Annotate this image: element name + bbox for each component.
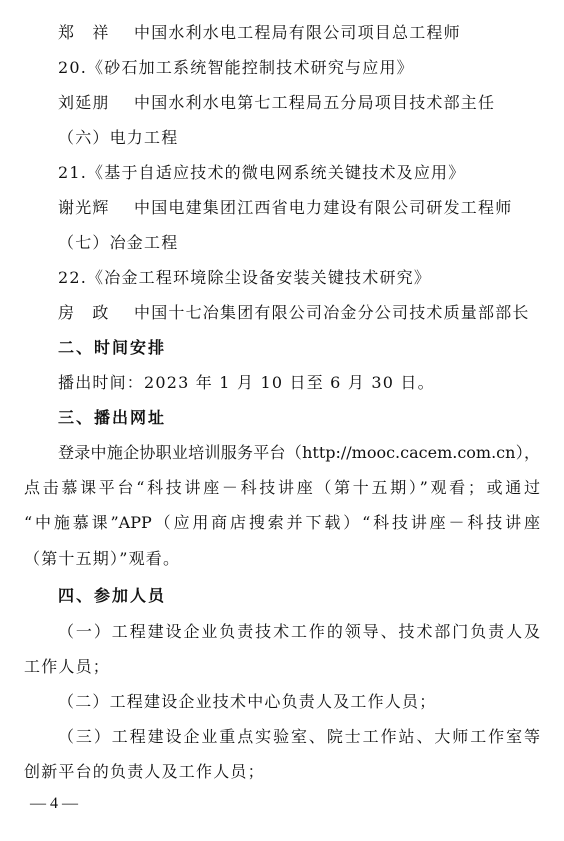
lecture-title: 20.《砂石加工系统智能控制技术研究与应用》 xyxy=(58,56,540,80)
person-line: 刘延朋中国水利水电第七工程局五分局项目技术部主任 xyxy=(58,91,540,115)
url-text-line: 登录中施企协职业培训服务平台（http://mooc.cacem.com.cn）… xyxy=(58,441,540,465)
participant-item: （三）工程建设企业重点实验室、院士工作站、大师工作室等 xyxy=(58,725,540,749)
person-title: 中国十七冶集团有限公司冶金分公司技术质量部部长 xyxy=(134,303,530,322)
person-name: 谢光辉 xyxy=(58,196,134,220)
lecture-title: 21.《基于自适应技术的微电网系统关键技术及应用》 xyxy=(58,161,540,185)
url-text-line: 点击慕课平台“科技讲座－科技讲座（第十五期）”观看；或通过 xyxy=(24,476,540,500)
participant-item-cont: 工作人员； xyxy=(24,655,540,679)
url-text-line: （第十五期）”观看。 xyxy=(24,547,540,571)
person-title: 中国水利水电第七工程局五分局项目技术部主任 xyxy=(134,93,495,112)
url-text-line: “中施慕课”APP（应用商店搜索并下载）“科技讲座－科技讲座 xyxy=(24,511,540,535)
person-name: 刘延朋 xyxy=(58,91,134,115)
page-number: — 4 — xyxy=(30,794,78,814)
participant-item: （二）工程建设企业技术中心负责人及工作人员； xyxy=(58,690,540,714)
participant-item: （一）工程建设企业负责技术工作的领导、技术部门负责人及 xyxy=(58,620,540,644)
person-line: 郑 祥中国水利水电工程局有限公司项目总工程师 xyxy=(58,21,540,45)
category-heading: （六）电力工程 xyxy=(58,126,540,150)
person-title: 中国电建集团江西省电力建设有限公司研发工程师 xyxy=(134,198,512,217)
person-title: 中国水利水电工程局有限公司项目总工程师 xyxy=(134,23,461,42)
lecture-title: 22.《冶金工程环境除尘设备安装关键技术研究》 xyxy=(58,266,540,290)
person-name: 郑 祥 xyxy=(58,21,134,45)
category-heading: （七）冶金工程 xyxy=(58,231,540,255)
schedule-text: 播出时间：2023 年 1 月 10 日至 6 月 30 日。 xyxy=(58,371,540,395)
section-heading-participants: 四、参加人员 xyxy=(58,584,540,608)
person-line: 房 政中国十七冶集团有限公司冶金分公司技术质量部部长 xyxy=(58,301,540,325)
person-line: 谢光辉中国电建集团江西省电力建设有限公司研发工程师 xyxy=(58,196,540,220)
section-heading-url: 三、播出网址 xyxy=(58,406,540,430)
section-heading-schedule: 二、时间安排 xyxy=(58,336,540,360)
participant-item-cont: 创新平台的负责人及工作人员； xyxy=(24,760,540,784)
person-name: 房 政 xyxy=(58,301,134,325)
